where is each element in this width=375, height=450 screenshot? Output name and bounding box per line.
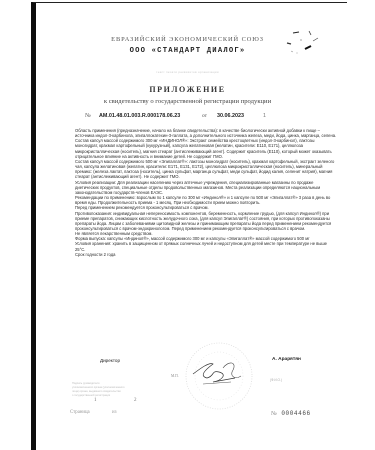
registration-number: AM.01.48.01.003.R.000178.06.23 [99, 113, 180, 119]
director-label: Директор [100, 358, 120, 363]
page-label: Страница [70, 410, 90, 415]
serial-label: № [271, 411, 277, 417]
top-border-line [33, 2, 347, 3]
signer-name: А. Арарятян [272, 357, 301, 362]
paragraph-scope: Область применения (предназначение, нача… [75, 128, 337, 138]
paragraph-shelf-life: Срок годности 2 года [75, 252, 337, 257]
sheet-mark: 1 [263, 113, 266, 119]
faint-requisites-line: текст печати реквизитов организации [0, 70, 375, 74]
date-label: от [202, 113, 207, 119]
paragraph-sale-conditions: Условия реализации: Для реализации насел… [75, 180, 337, 195]
serial-value: 0004466 [281, 410, 310, 417]
paragraph-contraindications: Противопоказания: индивидуальная неперен… [75, 211, 337, 232]
paragraph-indinol-composition: Состав капсул массой содержимого 300 мг … [75, 138, 337, 159]
registration-line: № AM.01.48.01.003.R.000178.06.23 от 30.0… [85, 113, 345, 123]
corner-stamp-icon [285, 29, 325, 59]
blank-serial-number: №0004466 [271, 410, 311, 417]
signer-note: (Ф.И.О.) [270, 378, 282, 382]
paragraph-usage: Рекомендации по применению: взрослым по … [75, 195, 337, 205]
stamp-place-label: М.П. [171, 374, 179, 378]
page-current: 1 [94, 398, 97, 403]
authority-notes: Подпись руководителя уполномоченного орг… [72, 382, 182, 398]
number-label: № [85, 113, 91, 119]
document-title: ПРИЛОЖЕНИЕ [0, 85, 375, 94]
paragraph-epigallat-composition: Состав капсул массой содержимого 500 мг … [75, 159, 337, 180]
seal-signature-icon [183, 340, 255, 412]
registration-date: 30.06.2023 [217, 113, 244, 119]
certificate-appendix-page: ЕВРАЗИЙСКИЙ ЭКОНОМИЧЕСКИЙ СОЮЗ ООО «СТАН… [0, 0, 375, 450]
page-of-label: из [112, 410, 116, 415]
page-total: 2 [134, 398, 137, 403]
body-text: Область применения (предназначение, нача… [75, 128, 337, 257]
document-subtitle: к свидетельству о государственной регист… [0, 98, 375, 105]
paragraph-storage: Условия хранения: хранить в защищенном о… [75, 241, 337, 251]
authority-note-line: о государственной регистрации [72, 394, 182, 398]
